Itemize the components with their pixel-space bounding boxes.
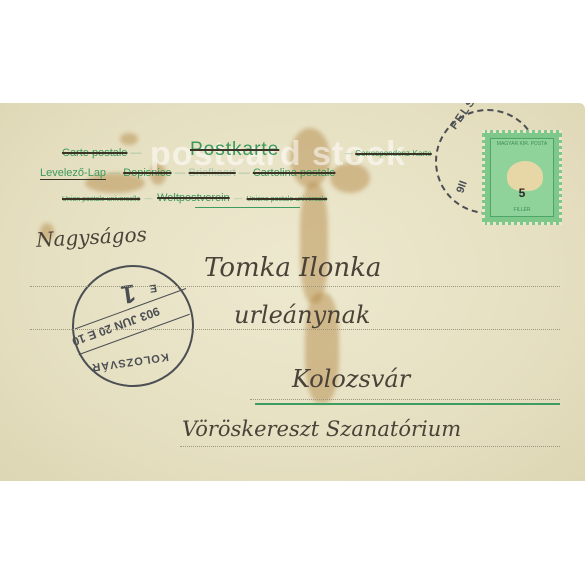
header-title: Postkarte — [190, 139, 279, 161]
recipient-title: urleánynak — [234, 301, 370, 329]
separator: — — [145, 194, 153, 203]
header-correspondenz: — Correspondenz-Karte — [345, 149, 432, 158]
separator: — — [239, 167, 250, 179]
header-line-3: Union postale universelle — Weltpostvere… — [62, 188, 327, 206]
separator: — — [345, 149, 353, 158]
stamp-frame: MAGYAR KIR. POSTA 5 FILLÉR — [490, 138, 554, 217]
separator: — — [131, 147, 142, 159]
salutation: Nagyságos — [35, 222, 147, 252]
address-line — [30, 286, 560, 287]
address-line — [180, 446, 560, 447]
header-carte-postale: Carte postale — — [62, 147, 142, 159]
carte-postale-text: Carte postale — [62, 147, 127, 159]
postmark-left-letters: E — [149, 281, 158, 294]
city-underline — [255, 403, 560, 405]
stamp-value: 5 — [491, 186, 553, 200]
dopisnice-text: Dopisnice — [123, 167, 171, 179]
separator: — — [109, 167, 120, 179]
postmark-left: 903 JUN 20 E 10 1 E KOLOZSVÁR — [64, 257, 202, 395]
cartolina-postale-text: Cartolina postale — [253, 167, 336, 179]
header-underline — [195, 207, 300, 208]
union-postale-text: Union postale universelle — [62, 196, 140, 203]
postkarte-title: Postkarte — [190, 139, 279, 160]
postage-stamp: MAGYAR KIR. POSTA 5 FILLÉR — [482, 130, 562, 225]
separator: — — [234, 194, 242, 203]
postmark-left-place: KOLOZSVÁR — [90, 350, 169, 373]
correspondenz-text: Correspondenz-Karte — [355, 149, 431, 158]
stamp-top-text: MAGYAR KIR. POSTA — [491, 141, 553, 147]
stain — [120, 133, 138, 145]
address-line — [250, 399, 560, 400]
stamp-bottom-text: FILLÉR — [491, 207, 553, 213]
postmark-left-date: 903 JUN 20 E 10 — [70, 304, 161, 349]
header-line-2: Levelező-Lap — Dopisnice — Briefkaart — … — [40, 167, 335, 179]
recipient-name: Tomka Ilonka — [204, 253, 381, 283]
postmark-left-number: 1 — [119, 277, 138, 310]
levelezo-lap-text: Levelező-Lap — [40, 167, 106, 180]
postcard: postcard stock Carte postale — Postkarte… — [0, 103, 585, 481]
unione-postale-text: Unione postale universale — [247, 196, 328, 203]
recipient-city: Kolozsvár — [292, 365, 410, 393]
separator: — — [175, 167, 186, 179]
recipient-street: Vöröskereszt Szanatórium — [182, 417, 461, 441]
address-line — [30, 329, 560, 330]
weltpostverein-text: Weltpostverein — [157, 192, 230, 204]
briefkaart-text: Briefkaart — [189, 167, 236, 179]
